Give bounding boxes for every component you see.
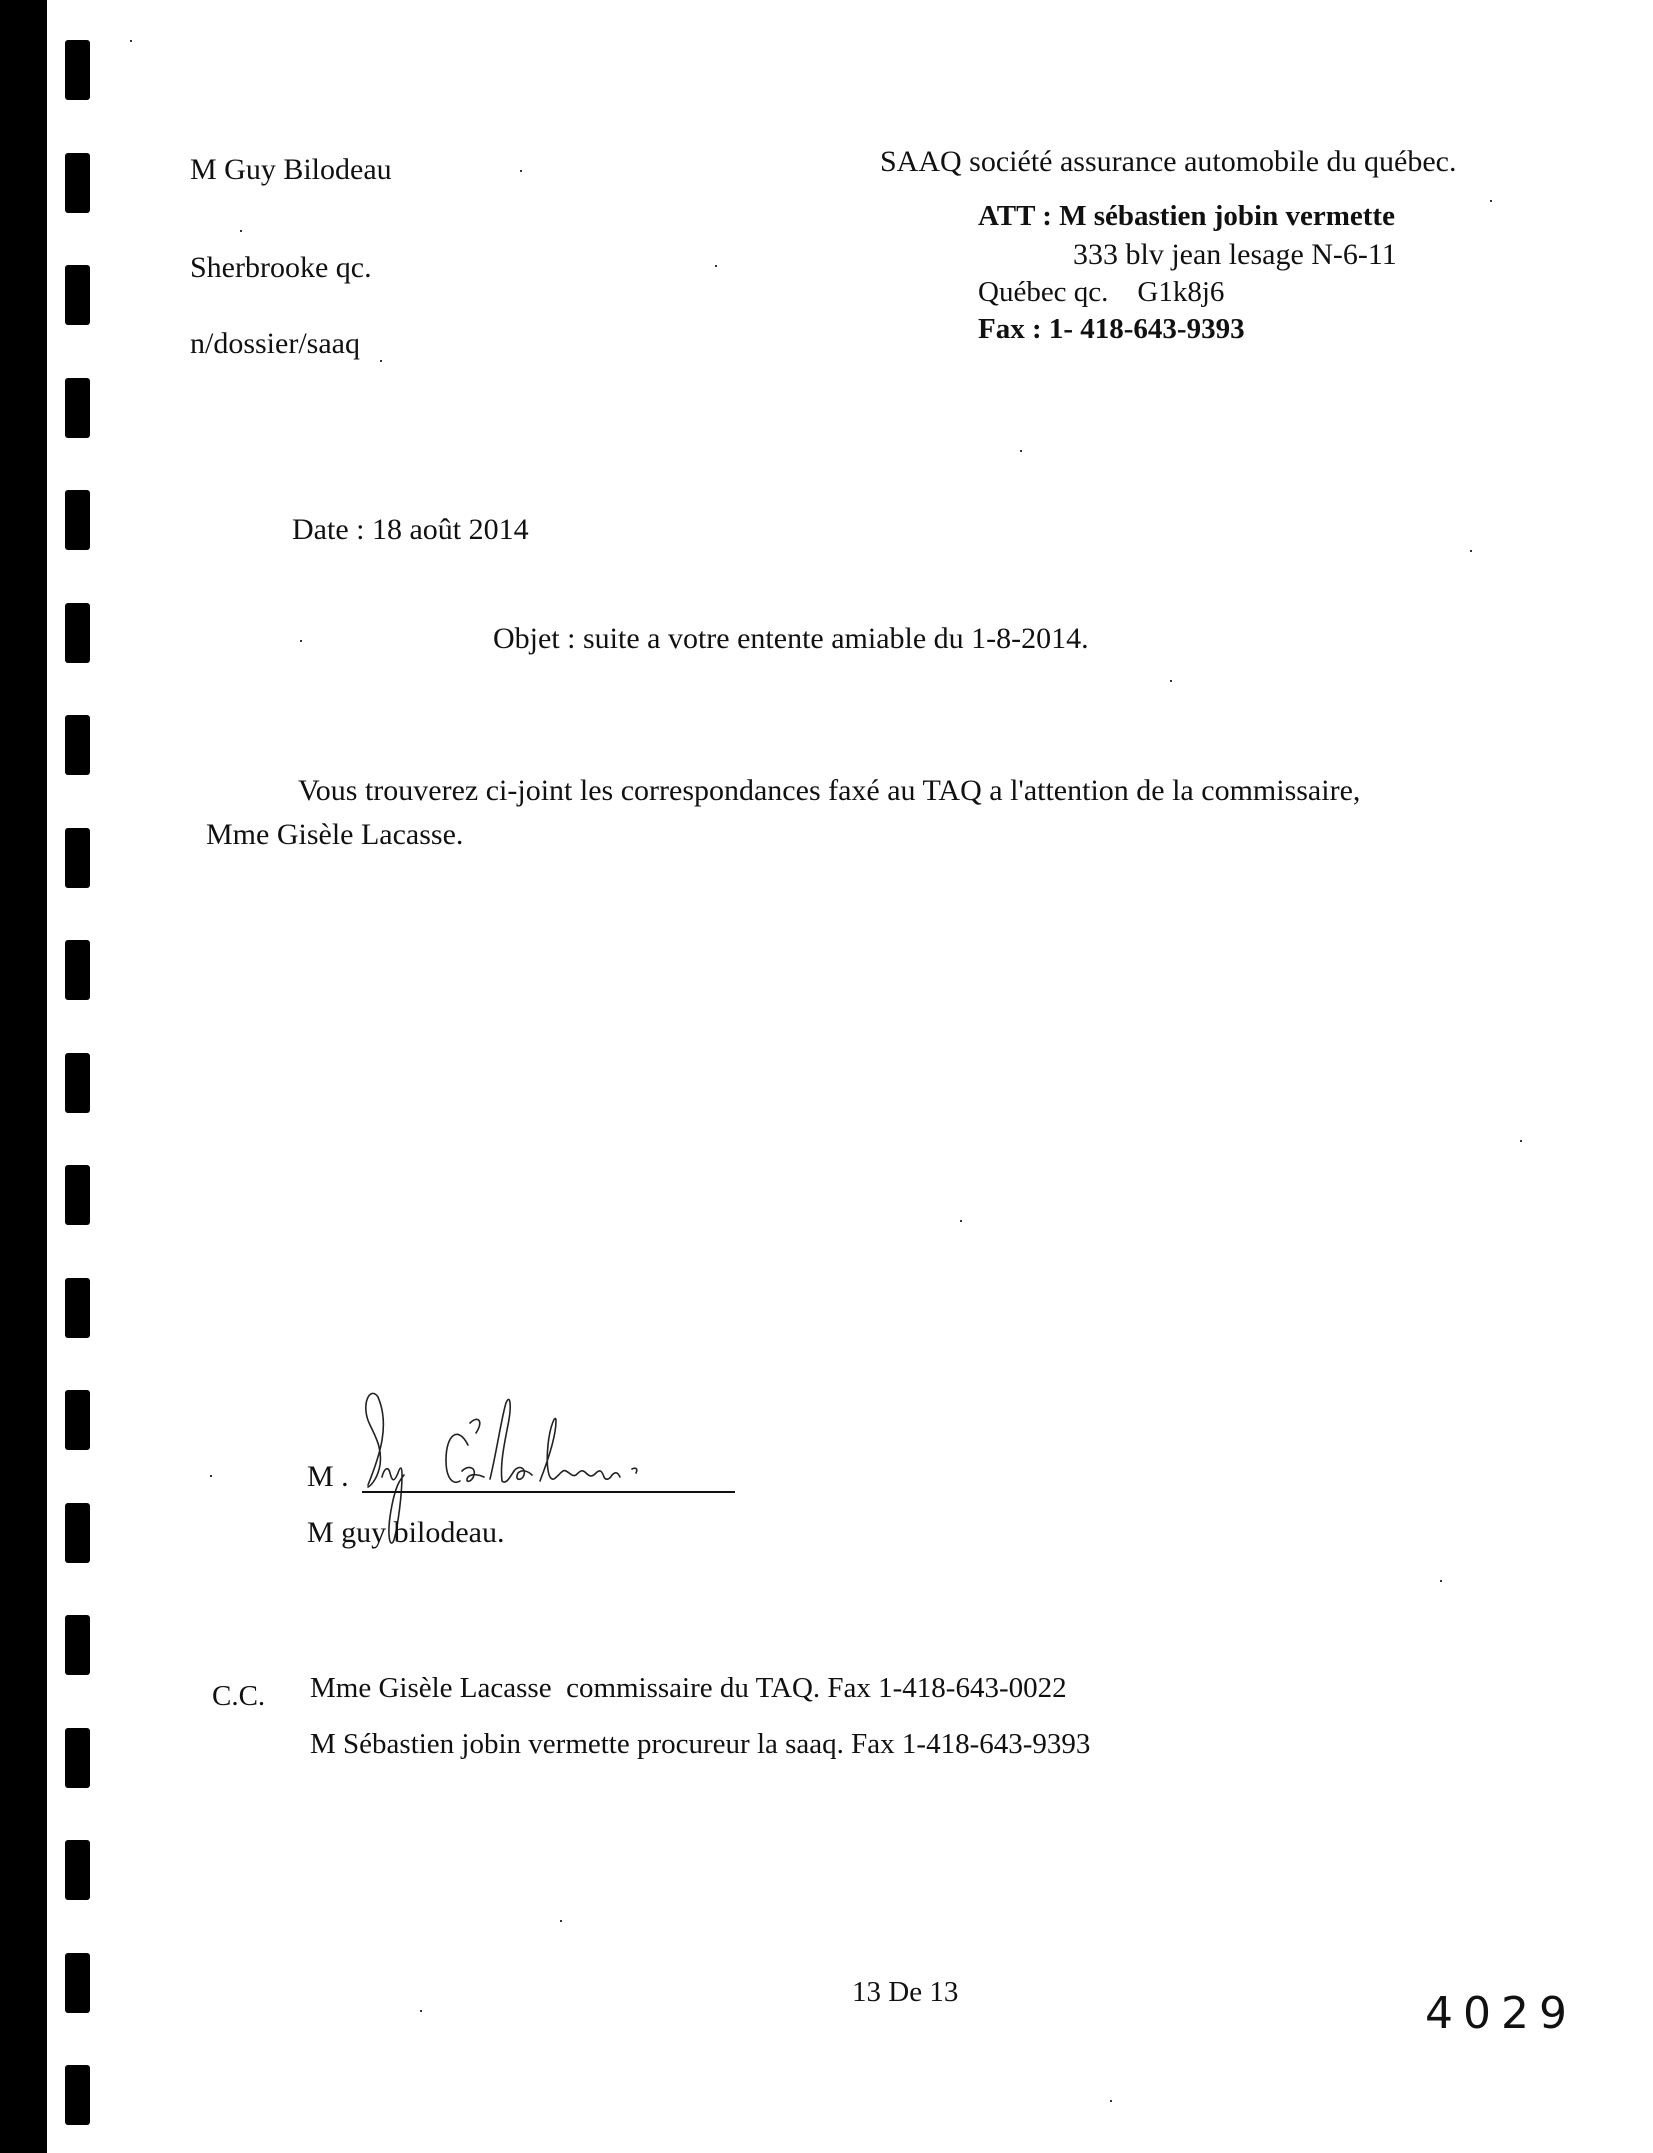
punch-hole: [65, 940, 90, 1000]
punch-hole: [65, 490, 90, 550]
signature-line: [362, 1491, 735, 1493]
recipient-attention: ATT : M sébastien jobin vermette: [978, 202, 1395, 231]
scan-speck: [520, 170, 522, 172]
scan-speck: [1520, 1140, 1522, 1142]
scan-speck: [130, 40, 132, 42]
scan-speck: [1110, 2100, 1112, 2102]
cc-entry-2: M Sébastien jobin vermette procureur la …: [310, 1730, 1090, 1759]
signature-prefix: M .: [307, 1462, 349, 1492]
punch-hole: [65, 378, 90, 438]
punch-hole: [65, 153, 90, 213]
letter-date: Date : 18 août 2014: [292, 515, 529, 545]
punch-hole: [65, 1390, 90, 1450]
punch-hole: [65, 1503, 90, 1563]
scan-speck: [1490, 200, 1492, 202]
scan-speck: [1210, 330, 1212, 332]
recipient-fax: Fax : 1- 418-643-9393: [978, 315, 1245, 344]
punch-hole: [65, 1278, 90, 1338]
recipient-organization: SAAQ société assurance automobile du qué…: [880, 147, 1457, 177]
scan-speck: [960, 1220, 962, 1222]
scan-speck: [420, 2010, 422, 2012]
punch-hole: [65, 828, 90, 888]
punch-hole: [65, 1615, 90, 1675]
scan-speck: [1470, 550, 1472, 552]
sender-name: M Guy Bilodeau: [190, 155, 392, 185]
scan-speck: [715, 265, 717, 267]
letter-body-line-2: Mme Gisèle Lacasse.: [206, 820, 463, 850]
punch-hole: [65, 715, 90, 775]
sender-city: Sherbrooke qc.: [190, 253, 372, 283]
signature-printed-name: M guy bilodeau.: [307, 1518, 504, 1548]
cc-label: C.C.: [212, 1682, 265, 1711]
punch-hole: [65, 1840, 90, 1900]
punch-hole: [65, 265, 90, 325]
scan-speck: [380, 360, 382, 362]
scan-speck: [560, 1920, 562, 1922]
fax-document-page: M Guy Bilodeau Sherbrooke qc. n/dossier/…: [0, 0, 1653, 2153]
punch-hole: [65, 40, 90, 100]
punch-hole: [65, 1165, 90, 1225]
cc-entry-1: Mme Gisèle Lacasse commissaire du TAQ. F…: [310, 1674, 1067, 1703]
letter-body-line-1: Vous trouverez ci-joint les correspondan…: [298, 776, 1360, 806]
punch-hole: [65, 1953, 90, 2013]
scan-speck: [210, 1475, 212, 1477]
scan-speck: [1020, 450, 1022, 452]
recipient-address: 333 blv jean lesage N-6-11: [1073, 240, 1397, 270]
punch-hole: [65, 603, 90, 663]
sender-reference: n/dossier/saaq: [190, 329, 360, 359]
page-indicator: 13 De 13: [852, 1978, 958, 2007]
punch-hole: [65, 1728, 90, 1788]
scan-speck: [1170, 680, 1172, 682]
scan-speck: [240, 230, 242, 232]
scan-edge-strip: [0, 0, 47, 2153]
punch-hole: [65, 2065, 90, 2125]
document-stamp-number: 4029: [1425, 1992, 1577, 2036]
letter-subject: Objet : suite a votre entente amiable du…: [493, 624, 1089, 654]
scan-speck: [1440, 1580, 1442, 1582]
punch-hole: [65, 1053, 90, 1113]
recipient-city-postal: Québec qc. G1k8j6: [978, 278, 1224, 307]
scan-speck: [300, 640, 302, 642]
